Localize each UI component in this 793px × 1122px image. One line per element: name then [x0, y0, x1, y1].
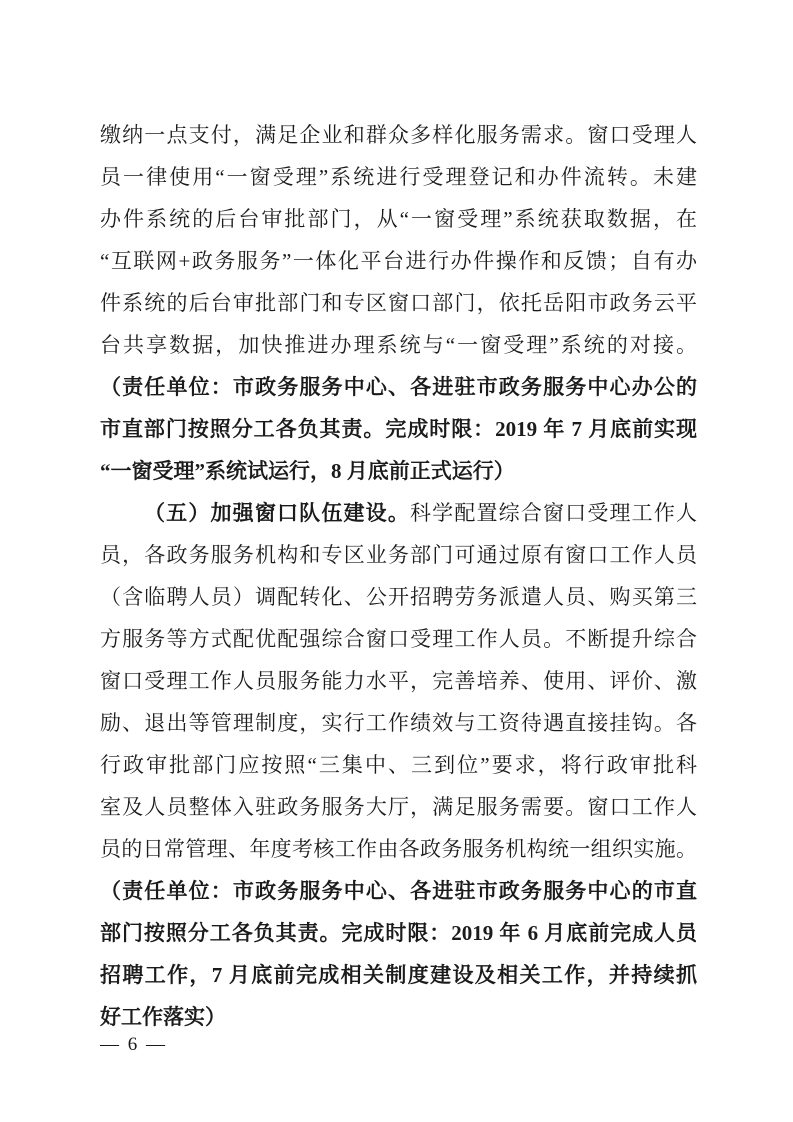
section-five-heading: （五）加强窗口队伍建设。 — [144, 501, 410, 525]
document-body: 缴纳一点支付，满足企业和群众多样化服务需求。窗口受理人 员一律使用“一窗受理”系… — [100, 114, 697, 1038]
responsibility-line: 好工作落实） — [100, 996, 697, 1038]
text-line: 窗口受理工作人员服务能力水平，完善培养、使用、评价、激 — [100, 660, 697, 702]
document-page: 缴纳一点支付，满足企业和群众多样化服务需求。窗口受理人 员一律使用“一窗受理”系… — [0, 0, 793, 1122]
text-line: 励、退出等管理制度，实行工作绩效与工资待遇直接挂钩。各 — [100, 702, 697, 744]
responsibility-line: （责任单位：市政务服务中心、各进驻市政务服务中心办公的 — [100, 366, 697, 408]
text-line: 件系统的后台审批部门和专区窗口部门，依托岳阳市政务云平 — [100, 282, 697, 324]
text-line: 员，各政务服务机构和专区业务部门可通过原有窗口工作人员 — [100, 534, 697, 576]
text-line: “互联网+政务服务”一体化平台进行办件操作和反馈；自有办 — [100, 240, 697, 282]
text-line: 行政审批部门应按照“三集中、三到位”要求，将行政审批科 — [100, 744, 697, 786]
section-five-first-line: （五）加强窗口队伍建设。科学配置综合窗口受理工作人 — [100, 492, 697, 534]
text-line: 员一律使用“一窗受理”系统进行受理登记和办件流转。未建 — [100, 156, 697, 198]
responsibility-line: （责任单位：市政务服务中心、各进驻市政务服务中心的市直 — [100, 870, 697, 912]
text-line: （含临聘人员）调配转化、公开招聘劳务派遣人员、购买第三 — [100, 576, 697, 618]
section-five-first-text: 科学配置综合窗口受理工作人 — [410, 501, 697, 525]
responsibility-line: “一窗受理”系统试运行，8 月底前正式运行） — [100, 450, 697, 492]
text-line: 办件系统的后台审批部门，从“一窗受理”系统获取数据，在 — [100, 198, 697, 240]
responsibility-line: 市直部门按照分工各负其责。完成时限：2019 年 7 月底前实现 — [100, 408, 697, 450]
responsibility-line: 招聘工作，7 月底前完成相关制度建设及相关工作，并持续抓 — [100, 954, 697, 996]
responsibility-line: 部门按照分工各负其责。完成时限：2019 年 6 月底前完成人员 — [100, 912, 697, 954]
text-line: 台共享数据，加快推进办理系统与“一窗受理”系统的对接。 — [100, 324, 697, 366]
page-number: — 6 — — [100, 1030, 167, 1060]
text-line: 缴纳一点支付，满足企业和群众多样化服务需求。窗口受理人 — [100, 114, 697, 156]
text-line: 室及人员整体入驻政务服务大厅，满足服务需要。窗口工作人 — [100, 786, 697, 828]
text-line: 员的日常管理、年度考核工作由各政务服务机构统一组织实施。 — [100, 828, 697, 870]
text-line: 方服务等方式配优配强综合窗口受理工作人员。不断提升综合 — [100, 618, 697, 660]
